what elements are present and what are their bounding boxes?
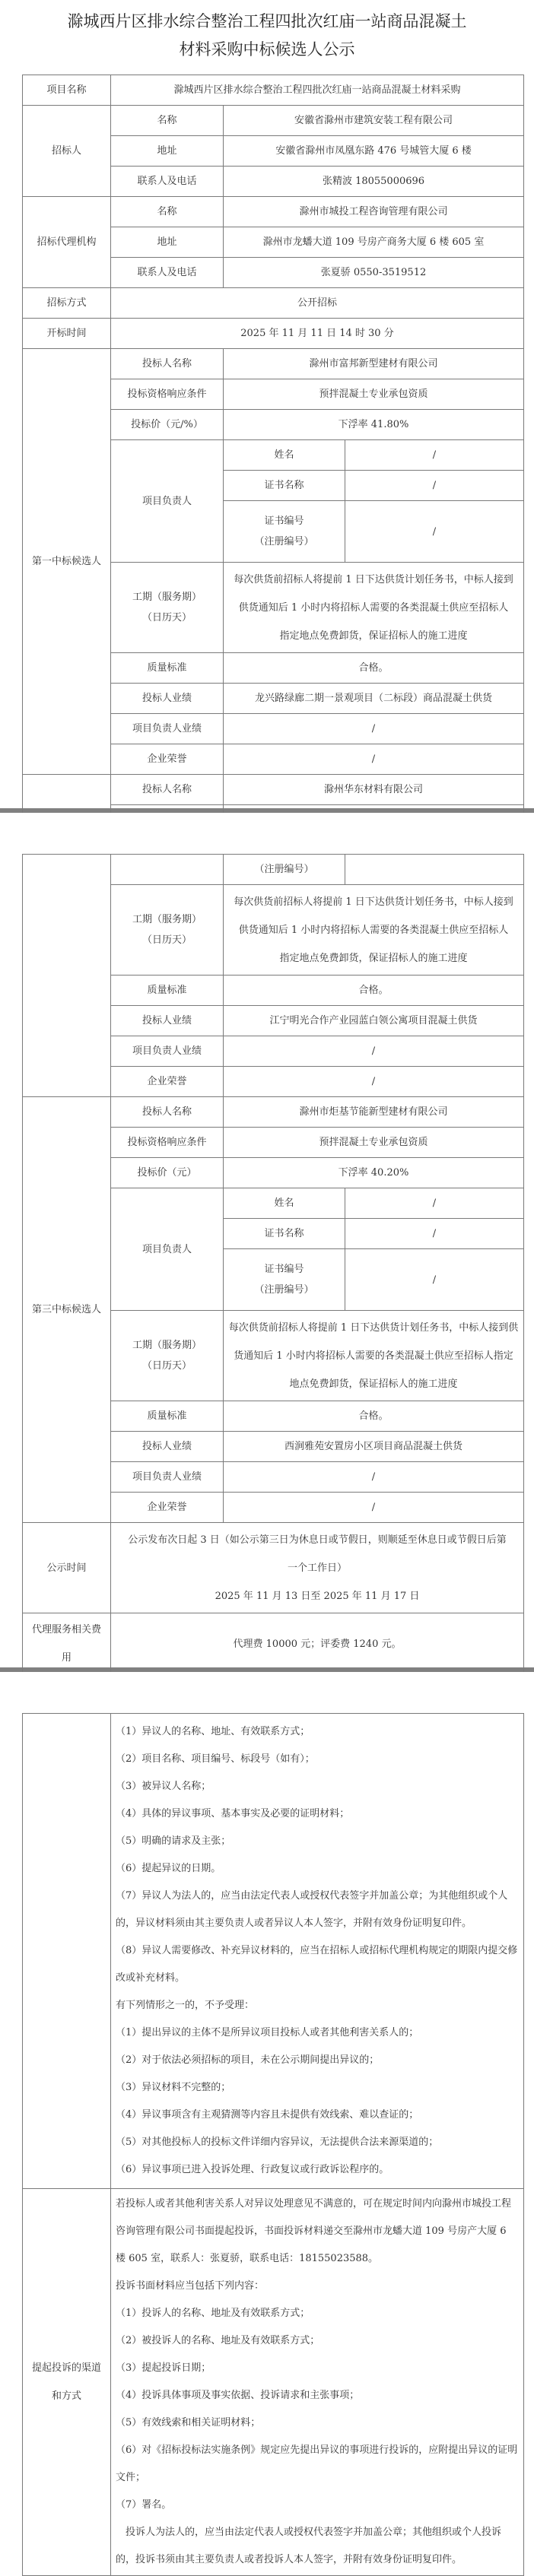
agency-name-label: 名称 (111, 197, 224, 227)
period-label: 工期（服务期） （日历天） (111, 885, 224, 976)
cert-no-label-line2: （注册编号） (227, 531, 342, 552)
period-line: 供货通知后 1 小时内将招标人需要的各类混凝土供应至招标人 (227, 916, 520, 944)
candidate-1-qualification: 预拌混凝土专业承包资质 (224, 379, 524, 410)
candidate-3-cert-no: / (345, 1249, 524, 1311)
method-label: 招标方式 (23, 288, 111, 319)
publicity-line: 公示发布次日起 3 日（如公示第三日为休息日或节假日，则顺延至休息日或节假日后第 (114, 1526, 520, 1554)
candidate-3-label: 第三中标候选人 (23, 1097, 111, 1523)
objection-item: （3）被异议人名称； (116, 1773, 519, 1800)
tenderer-name-value: 安徽省滁州市建筑安装工程有限公司 (224, 106, 524, 136)
fees-label-line2: 用 (26, 1644, 107, 1672)
price-label: 投标价（元/%） (111, 410, 224, 440)
candidate-1-manager-perf: / (224, 714, 524, 744)
candidate-3-quality: 合格。 (224, 1401, 524, 1432)
manager-perf-label: 项目负责人业绩 (111, 714, 224, 744)
candidate-2-period: 每次供货前招标人将提前 1 日下达供货计划任务书，中标人接到 供货通知后 1 小… (224, 885, 524, 976)
candidate-1-quality: 合格。 (224, 653, 524, 684)
bidder-name-label: 投标人名称 (111, 349, 224, 379)
honor-label: 企业荣誉 (111, 1493, 224, 1523)
cert-no-label-line1: 证书编号 (227, 511, 342, 531)
bidder-perf-label: 投标人业绩 (111, 684, 224, 714)
project-name-row: 项目名称 滁城西片区排水综合整治工程四批次红庙一站商品混凝土材料采购 (23, 75, 524, 106)
objection-reject-item: （4）异议事项含有主观猜测等内容且未提供有效线索、难以查证的； (116, 2102, 519, 2129)
candidate-3-qualification: 预拌混凝土专业承包资质 (224, 1128, 524, 1158)
project-name-label: 项目名称 (23, 75, 111, 106)
objection-item: （2）项目名称、项目编号、标段号（如有）； (116, 1746, 519, 1773)
publicity-date-range: 2025 年 11 月 13 日至 2025 年 11 月 17 日 (114, 1582, 520, 1610)
manager-perf-label: 项目负责人业绩 (111, 1036, 224, 1067)
cert-name-label: 证书名称 (224, 471, 345, 501)
tenderer-contact-label: 联系人及电话 (111, 167, 224, 197)
complaint-row: 提起投诉的渠道 和方式 若投标人或者其他利害关系人对异议处理意见不满意的，可在规… (23, 2189, 524, 2576)
candidate-3-cert-name: / (345, 1219, 524, 1249)
honor-label: 企业荣誉 (111, 1067, 224, 1097)
complaint-item: （4）投诉具体事项及事实依据、投诉请求和主张事项； (116, 2382, 519, 2409)
period-line: 每次供货前招标人将提前 1 日下达供货计划任务书，中标人接到 (227, 888, 520, 916)
qualification-label: 投标资格响应条件 (111, 1128, 224, 1158)
method-value: 公开招标 (111, 288, 524, 319)
qualification-label: 投标资格响应条件 (111, 379, 224, 410)
objection-item: （5）明确的请求及主张； (116, 1828, 519, 1855)
title-line-1: 滁城西片区排水综合整治工程四批次红庙一站商品混凝土 (68, 12, 467, 30)
candidate-1-label: 第一中标候选人 (23, 349, 111, 775)
notice-table-part-3: （1）异议人的名称、地址、有效联系方式； （2）项目名称、项目编号、标段号（如有… (22, 1713, 524, 2576)
candidate-2-quality: 合格。 (224, 976, 524, 1006)
period-line: 指定地点免费卸货，保证招标人的施工进度 (227, 622, 520, 650)
cert-no-label-line1: 证书编号 (227, 1259, 342, 1280)
opening-value: 2025 年 11 月 11 日 14 时 30 分 (111, 319, 524, 349)
period-line: 地点免费卸货，保证招标人的施工进度 (224, 1370, 523, 1398)
candidate-1-honor: / (224, 744, 524, 775)
objection-reject-item: （5）对其他投标人的投标文件详细内容异议，无法提供合法来源渠道的； (116, 2129, 519, 2156)
candidate-3-price: 下浮率 40.20% (224, 1158, 524, 1188)
publicity-value: 公示发布次日起 3 日（如公示第三日为休息日或节假日，则顺延至休息日或节假日后第… (111, 1523, 524, 1613)
tenderer-name-row: 招标人 名称 安徽省滁州市建筑安装工程有限公司 (23, 106, 524, 136)
complaint-item: （3）提起投诉日期； (116, 2355, 519, 2382)
candidate-1-person-name: / (345, 440, 524, 471)
candidate-2-honor: / (224, 1067, 524, 1097)
complaint-label-line2: 和方式 (26, 2382, 107, 2410)
objection-item: （1）异议人的名称、地址、有效联系方式； (116, 1718, 519, 1746)
period-label-line2: （日历天） (114, 608, 220, 628)
candidate-1-cert-name: / (345, 471, 524, 501)
page-3: （1）异议人的名称、地址、有效联系方式； （2）项目名称、项目编号、标段号（如有… (0, 1672, 534, 2510)
candidate-2-cert-no-cont-row: （注册编号） (23, 855, 524, 885)
title-line-2: 材料采购中标候选人公示 (180, 40, 355, 59)
agency-address-value: 滁州市龙蟠大道 109 号房产商务大厦 6 楼 605 室 (224, 227, 524, 258)
objection-label-cont (23, 1714, 111, 2189)
candidate-3-person-name: / (345, 1188, 524, 1219)
fees-label-line1: 代理服务相关费 (26, 1616, 107, 1644)
price-label: 投标价（元） (111, 1158, 224, 1188)
person-name-label: 姓名 (224, 440, 345, 471)
complaint-label-line1: 提起投诉的渠道 (26, 2354, 107, 2382)
bidder-name-label: 投标人名称 (111, 775, 224, 805)
objection-item: （4）具体的异议事项、基本事实及必要的证明材料； (116, 1800, 519, 1828)
bidder-name-label: 投标人名称 (111, 1097, 224, 1128)
method-row: 招标方式 公开招标 (23, 288, 524, 319)
candidate-3-period: 每次供货前招标人将提前 1 日下达供货计划任务书，中标人接到供 货通知后 1 小… (224, 1311, 524, 1401)
agency-contact-value: 张夏骄 0550-3519512 (224, 258, 524, 288)
cert-no-label-line2: （注册编号） (227, 1280, 342, 1300)
objection-reject-intro: 有下列情形之一的，不予受理： (116, 1992, 519, 2019)
complaint-item: （2）被投诉人的名称、地址及有效联系方式； (116, 2327, 519, 2355)
candidate-1-bidder-name: 滁州市富邦新型建材有限公司 (224, 349, 524, 379)
objection-reject-item: （3）异议材料不完整的； (116, 2074, 519, 2102)
opening-row: 开标时间 2025 年 11 月 11 日 14 时 30 分 (23, 319, 524, 349)
quality-label: 质量标准 (111, 653, 224, 684)
quality-label: 质量标准 (111, 1401, 224, 1432)
complaint-item: （1）投诉人的名称、地址及有效联系方式； (116, 2300, 519, 2327)
tenderer-contact-value: 张精波 18055000696 (224, 167, 524, 197)
fees-label: 代理服务相关费 用 (23, 1613, 111, 1675)
period-line: 每次供货前招标人将提前 1 日下达供货计划任务书，中标人接到 (227, 566, 520, 594)
publicity-label: 公示时间 (23, 1523, 111, 1613)
candidate-3-manager-perf: / (224, 1462, 524, 1493)
objection-item: （6）提起异议的日期。 (116, 1855, 519, 1883)
tenderer-name-label: 名称 (111, 106, 224, 136)
honor-label: 企业荣誉 (111, 744, 224, 775)
agency-address-label: 地址 (111, 227, 224, 258)
candidate-3-honor: / (224, 1493, 524, 1523)
candidate-1-cert-no: / (345, 501, 524, 563)
fees-value: 代理费 10000 元；评委费 1240 元。 (111, 1613, 524, 1675)
period-line: 指定地点免费卸货，保证招标人的施工进度 (227, 944, 520, 972)
candidate-1-bidder-row: 第一中标候选人 投标人名称 滁州市富邦新型建材有限公司 (23, 349, 524, 379)
period-label-line1: 工期（服务期） (114, 1335, 220, 1356)
objection-content-part-2: （1）异议人的名称、地址、有效联系方式； （2）项目名称、项目编号、标段号（如有… (111, 1714, 524, 2189)
bidder-perf-label: 投标人业绩 (111, 1432, 224, 1462)
publicity-row: 公示时间 公示发布次日起 3 日（如公示第三日为休息日或节假日，则顺延至休息日或… (23, 1523, 524, 1613)
cert-no-sub-label: （注册编号） (224, 855, 345, 885)
period-label: 工期（服务期） （日历天） (111, 1311, 224, 1401)
candidate-2-label-cont (23, 855, 111, 1097)
objection-reject-item: （2）对于依法必须招标的项目，未在公示期间提出异议的； (116, 2047, 519, 2074)
complaint-item: （7）署名。 (116, 2492, 519, 2519)
period-label-line2: （日历天） (114, 1356, 220, 1376)
manager-perf-label: 项目负责人业绩 (111, 1462, 224, 1493)
objection-cont-row: （1）异议人的名称、地址、有效联系方式； （2）项目名称、项目编号、标段号（如有… (23, 1714, 524, 2189)
period-line: 每次供货前招标人将提前 1 日下达供货计划任务书，中标人接到供 (224, 1314, 523, 1342)
objection-item: （8）异议人需要修改、补充异议材料的，应当在招标人或招标代理机构规定的期限内提交… (116, 1937, 519, 1992)
candidate-2-bidder-row: 第二中标候选人 投标人名称 滁州华东材料有限公司 (23, 775, 524, 805)
page-2: （注册编号） 工期（服务期） （日历天） 每次供货前招标人将提前 1 日下达供货… (0, 813, 534, 1667)
period-line: 货通知后 1 小时内将招标人需要的各类混凝土供应至招标人指定 (224, 1342, 523, 1370)
project-name-value: 滁城西片区排水综合整治工程四批次红庙一站商品混凝土材料采购 (111, 75, 524, 106)
agency-name-value: 滁州市城投工程咨询管理有限公司 (224, 197, 524, 227)
person-name-label: 姓名 (224, 1188, 345, 1219)
period-label-line1: 工期（服务期） (114, 587, 220, 608)
candidate-1-price: 下浮率 41.80% (224, 410, 524, 440)
complaint-closing: 投诉人为法人的，应当由法定代表人或授权代表签字并加盖公章；其他组织或个人投诉的，… (116, 2519, 519, 2574)
tenderer-label: 招标人 (23, 106, 111, 197)
objection-item: （7）异议人为法人的，应当由法定代表人或授权代表签字并加盖公章；为其他组织或个人… (116, 1883, 519, 1937)
objection-reject-item: （1）提出异议的主体不是所异议项目投标人或者其他利害关系人的； (116, 2019, 519, 2047)
candidate-2-manager-perf: / (224, 1036, 524, 1067)
page-1: 滁城西片区排水综合整治工程四批次红庙一站商品混凝土 材料采购中标候选人公示 项目… (0, 0, 534, 808)
candidate-3-bidder-name: 滁州市炬基节能新型建材有限公司 (224, 1097, 524, 1128)
manager-label-cont (111, 855, 224, 885)
candidate-2-bidder-perf: 江宁明光合作产业园蓝白领公寓项目混凝土供货 (224, 1006, 524, 1036)
page-title: 滁城西片区排水综合整治工程四批次红庙一站商品混凝土 材料采购中标候选人公示 (0, 0, 534, 64)
complaint-item: （6）对《招标投标法实施条例》规定应先提出异议的事项进行投诉的，应附提出异议的证… (116, 2437, 519, 2492)
quality-label: 质量标准 (111, 976, 224, 1006)
tenderer-address-label: 地址 (111, 136, 224, 167)
period-label-line2: （日历天） (114, 930, 220, 950)
objection-reject-item: （6）异议事项已进入投诉处理、行政复议或行政诉讼程序的。 (116, 2156, 519, 2184)
tenderer-address-value: 安徽省滁州市凤凰东路 476 号城管大厦 6 楼 (224, 136, 524, 167)
complaint-intro: 若投标人或者其他利害关系人对异议处理意见不满意的，可在规定时间内向滁州市城投工程… (116, 2191, 519, 2273)
publicity-line: 一个工作日） (114, 1554, 520, 1582)
agency-label: 招标代理机构 (23, 197, 111, 288)
complaint-content: 若投标人或者其他利害关系人对异议处理意见不满意的，可在规定时间内向滁州市城投工程… (111, 2189, 524, 2576)
candidate-1-period: 每次供货前招标人将提前 1 日下达供货计划任务书，中标人接到 供货通知后 1 小… (224, 563, 524, 653)
cert-no-label: 证书编号 （注册编号） (224, 501, 345, 563)
fees-row: 代理服务相关费 用 代理费 10000 元；评委费 1240 元。 (23, 1613, 524, 1675)
candidate-3-bidder-perf: 西涧雅苑安置房小区项目商品混凝土供货 (224, 1432, 524, 1462)
candidate-1-bidder-perf: 龙兴路绿廊二期一景观项目（二标段）商品混凝土供货 (224, 684, 524, 714)
period-label: 工期（服务期） （日历天） (111, 563, 224, 653)
cert-no-label: 证书编号 （注册编号） (224, 1249, 345, 1311)
bidder-perf-label: 投标人业绩 (111, 1006, 224, 1036)
opening-label: 开标时间 (23, 319, 111, 349)
agency-name-row: 招标代理机构 名称 滁州市城投工程咨询管理有限公司 (23, 197, 524, 227)
manager-label: 项目负责人 (111, 440, 224, 563)
complaint-item: （5）有效线索和相关证明材料； (116, 2409, 519, 2437)
candidate-3-bidder-row: 第三中标候选人 投标人名称 滁州市炬基节能新型建材有限公司 (23, 1097, 524, 1128)
period-line: 供货通知后 1 小时内将招标人需要的各类混凝土供应至招标人 (227, 594, 520, 622)
complaint-label: 提起投诉的渠道 和方式 (23, 2189, 111, 2576)
manager-label: 项目负责人 (111, 1188, 224, 1311)
candidate-2-cert-no-cont (345, 855, 524, 885)
complaint-requirement-intro: 投诉书面材料应当包括下列内容： (116, 2273, 519, 2300)
period-label-line1: 工期（服务期） (114, 909, 220, 930)
candidate-2-bidder-name: 滁州华东材料有限公司 (224, 775, 524, 805)
agency-contact-label: 联系人及电话 (111, 258, 224, 288)
cert-name-label: 证书名称 (224, 1219, 345, 1249)
